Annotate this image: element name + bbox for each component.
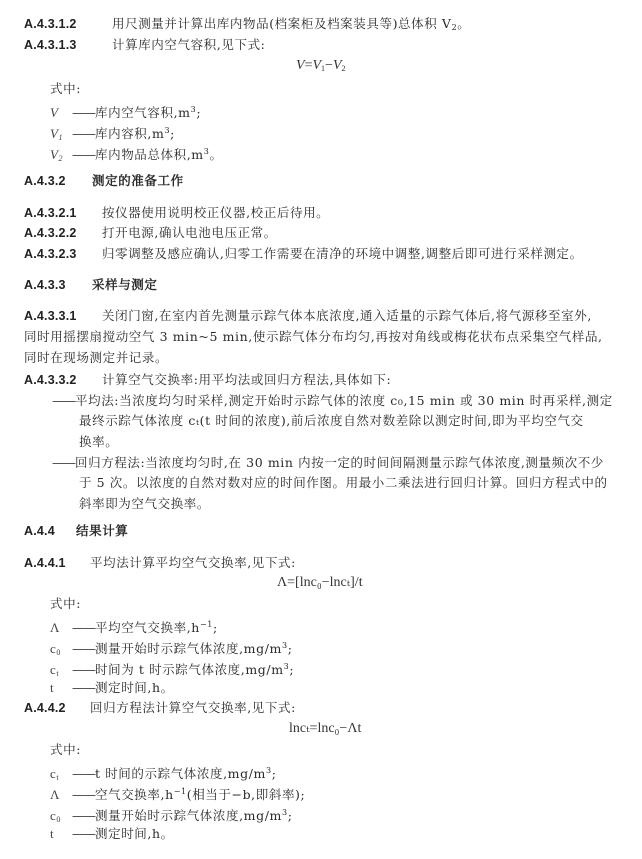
var-desc: 测量开始时示踪气体浓度,mg/m <box>95 641 282 656</box>
bullet-text: 回归方程法:当浓度均匀时,在 30 min 内按一定的时间间隔测量示踪气体浓度,… <box>75 455 604 470</box>
bullet-average-method: ——平均法:当浓度均匀时采样,测定开始时示踪气体的浓度 c₀,15 min 或 … <box>52 393 613 409</box>
var-desc: 平均空气交换率,h <box>95 620 200 635</box>
dash: —— <box>52 455 75 470</box>
dash: —— <box>72 126 95 141</box>
var-def: V——库内空气容积,m3; <box>50 102 201 121</box>
section-number: A.4.3.3 <box>24 277 92 293</box>
formula-air-volume: V=V1−V2 <box>296 58 346 77</box>
subscript: 2 <box>59 154 64 163</box>
bullet-cont: 换率。 <box>79 434 118 450</box>
dash: —— <box>52 393 75 408</box>
var-def: Λ——空气交换率,h−1(相当于−b,即斜率); <box>50 784 305 803</box>
punct: ; <box>288 808 293 823</box>
subscript: 1 <box>59 133 64 142</box>
section-title: 测定的准备工作 <box>92 173 184 188</box>
where-label: 式中: <box>50 742 81 758</box>
punct: 。 <box>457 16 470 31</box>
where-label: 式中: <box>50 81 81 97</box>
var-symbol: Λ <box>50 787 72 803</box>
punct: ; <box>213 620 218 635</box>
var-desc: 库内物品总体积,m <box>95 147 204 162</box>
var-desc: 测量开始时示踪气体浓度,mg/m <box>95 808 282 823</box>
var-desc: 库内空气容积,m <box>95 105 191 120</box>
var-desc: 时间为 t 时示踪气体浓度,mg/m <box>95 662 284 677</box>
var-symbol: c0 <box>50 641 72 661</box>
var-desc: 测定时间,h。 <box>95 680 174 695</box>
subscript: 0 <box>56 648 61 657</box>
dash: —— <box>72 641 95 656</box>
var-desc: t 时间的示踪气体浓度,mg/m <box>95 766 266 781</box>
clause-a4321: A.4.3.2.1按仪器使用说明校正仪器,校正后待用。 <box>24 205 329 221</box>
formula-var: V <box>296 58 305 73</box>
dash: —— <box>72 105 95 120</box>
var-def: t——测定时间,h。 <box>50 826 174 842</box>
clause-number: A.4.4.1 <box>24 555 90 571</box>
clause-a4322: A.4.3.2.2打开电源,确认电池电压正常。 <box>24 225 277 241</box>
bullet-text: 平均法:当浓度均匀时采样,测定开始时示踪气体的浓度 c₀,15 min 或 30… <box>75 393 613 408</box>
clause-text: 打开电源,确认电池电压正常。 <box>102 225 277 240</box>
clause-a4331-cont: 同时用摇摆扇搅动空气 3 min~5 min,使示踪气体分布均匀,再按对角线或梅… <box>24 329 603 345</box>
formula-op: − <box>325 58 333 73</box>
punct: ; <box>289 662 294 677</box>
clause-text: 按仪器使用说明校正仪器,校正后待用。 <box>102 205 329 220</box>
subscript: t <box>56 669 59 678</box>
clause-number: A.4.3.3.1 <box>24 308 102 324</box>
clause-number: A.4.3.2.2 <box>24 225 102 241</box>
var-def: ct——时间为 t 时示踪气体浓度,mg/m3; <box>50 659 294 682</box>
clause-a4323: A.4.3.2.3归零调整及感应确认,归零工作需要在清净的环境中调整,调整后即可… <box>24 246 583 262</box>
clause-text: 用尺测量并计算出库内物品(档案柜及档案装具等)总体积 V <box>112 16 452 31</box>
var-symbol-base: Λ <box>50 787 60 802</box>
var-symbol: ct <box>50 766 72 786</box>
clause-number: A.4.4.2 <box>24 700 90 716</box>
subscript: 2 <box>342 64 346 73</box>
where-label: 式中: <box>50 596 81 612</box>
var-symbol: V <box>50 105 72 121</box>
bullet-regression-method: ——回归方程法:当浓度均匀时,在 30 min 内按一定的时间间隔测量示踪气体浓… <box>52 455 604 471</box>
dash: —— <box>72 826 95 841</box>
var-def: t——测定时间,h。 <box>50 680 174 696</box>
clause-a4331-cont: 同时在现场测定并记录。 <box>24 350 168 366</box>
clause-text: 归零调整及感应确认,归零工作需要在清净的环境中调整,调整后即可进行采样测定。 <box>102 246 583 261</box>
clause-a4312: A.4.3.1.2用尺测量并计算出库内物品(档案柜及档案装具等)总体积 V2。 <box>24 16 470 36</box>
dash: —— <box>72 680 95 695</box>
var-desc: 测定时间,h。 <box>95 826 174 841</box>
section-heading-a44: A.4.4结果计算 <box>24 523 128 539</box>
punct: ; <box>272 766 277 781</box>
var-def: c0——测量开始时示踪气体浓度,mg/m3; <box>50 638 293 661</box>
dash: —— <box>72 787 95 802</box>
var-def: V2——库内物品总体积,m3。 <box>50 144 223 167</box>
var-symbol-base: V <box>50 126 59 141</box>
clause-a441: A.4.4.1平均法计算平均空气交换率,见下式: <box>24 555 296 571</box>
clause-number: A.4.3.1.2 <box>24 16 112 32</box>
clause-number: A.4.3.2.1 <box>24 205 102 221</box>
section-title: 结果计算 <box>76 523 128 538</box>
var-def: Λ——平均空气交换率,h−1; <box>50 617 218 636</box>
section-number: A.4.3.2 <box>24 173 92 189</box>
var-desc: 空气交换率,h <box>95 787 174 802</box>
clause-text: 平均法计算平均空气交换率,见下式: <box>90 555 296 570</box>
var-symbol: V1 <box>50 126 72 146</box>
dash: —— <box>72 620 95 635</box>
clause-a442: A.4.4.2回归方程法计算空气交换率,见下式: <box>24 700 296 716</box>
dash: —— <box>72 662 95 677</box>
dash: —— <box>72 808 95 823</box>
superscript: −1 <box>200 620 213 629</box>
clause-a4332: A.4.3.3.2计算空气交换率:用平均法或回归方程法,具体如下: <box>24 372 391 388</box>
clause-text: 计算库内空气容积,见下式: <box>112 37 266 52</box>
clause-number: A.4.3.2.3 <box>24 246 102 262</box>
punct: ; <box>196 105 201 120</box>
var-def: V1——库内容积,m3; <box>50 123 175 146</box>
dash: —— <box>72 766 95 781</box>
formula-regression: lncₜ=lnc₀−Λt <box>289 721 361 737</box>
section-title: 采样与测定 <box>92 277 158 292</box>
clause-number: A.4.3.1.3 <box>24 37 112 53</box>
formula-average-exchange-rate: Λ=[lnc₀−lncₜ]/t <box>277 575 363 591</box>
var-symbol-base: Λ <box>50 620 60 635</box>
var-symbol: c0 <box>50 808 72 828</box>
var-symbol-base: t <box>50 826 54 841</box>
dash: —— <box>72 147 95 162</box>
bullet-cont: 于 5 次。以浓度的自然对数对应的时间作图。用最小二乘法进行回归计算。回归方程式… <box>79 475 608 491</box>
section-number: A.4.4 <box>24 523 76 539</box>
formula-var: V <box>333 58 342 73</box>
var-symbol: t <box>50 680 72 696</box>
clause-text: 计算空气交换率:用平均法或回归方程法,具体如下: <box>102 372 391 387</box>
var-symbol: ct <box>50 662 72 682</box>
clause-number: A.4.3.3.2 <box>24 372 102 388</box>
var-symbol: V2 <box>50 147 72 167</box>
section-heading-a433: A.4.3.3采样与测定 <box>24 277 158 293</box>
punct: (相当于−b,即斜率); <box>187 787 306 802</box>
section-heading-a432: A.4.3.2测定的准备工作 <box>24 173 184 189</box>
var-def: ct——t 时间的示踪气体浓度,mg/m3; <box>50 763 277 786</box>
superscript: −1 <box>174 787 187 796</box>
var-symbol: Λ <box>50 620 72 636</box>
var-desc: 库内容积,m <box>95 126 164 141</box>
punct: ; <box>170 126 175 141</box>
clause-text: 回归方程法计算空气交换率,见下式: <box>90 700 296 715</box>
bullet-cont: 斜率即为空气交换率。 <box>79 496 210 512</box>
punct: ; <box>288 641 293 656</box>
bullet-cont: 最终示踪气体浓度 cₜ(t 时间的浓度),前后浓度自然对数差除以测定时间,即为平… <box>79 413 584 429</box>
var-symbol: t <box>50 826 72 842</box>
clause-a4331: A.4.3.3.1关闭门窗,在室内首先测量示踪气体本底浓度,通入适量的示踪气体后… <box>24 308 592 324</box>
var-symbol-base: V <box>50 147 59 162</box>
formula-var: V <box>312 58 321 73</box>
var-symbol-base: t <box>50 680 54 695</box>
subscript: 0 <box>56 815 61 824</box>
clause-text: 关闭门窗,在室内首先测量示踪气体本底浓度,通入适量的示踪气体后,将气源移至室外, <box>102 308 592 323</box>
var-def: c0——测量开始时示踪气体浓度,mg/m3; <box>50 805 293 828</box>
subscript: t <box>56 773 59 782</box>
clause-a4313: A.4.3.1.3计算库内空气容积,见下式: <box>24 37 266 53</box>
punct: 。 <box>209 147 222 162</box>
